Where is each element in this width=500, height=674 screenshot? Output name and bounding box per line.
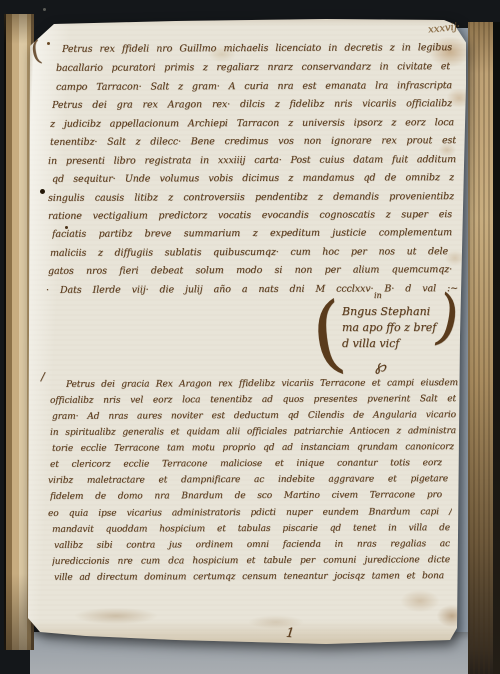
note-superscript: in [374,291,382,300]
text-line: gram· Ad nras aures noviter est deductum… [52,409,456,424]
dust-speck [43,8,46,11]
text-line: qd sequitur· Unde volumus vobis dicimus … [52,171,454,187]
note-flourish-icon: ℘ [374,355,389,376]
text-line: vallibz sibi contra jus ordinem omni fac… [54,538,450,553]
text-line: bacallario pcuratori primis z regaliarz … [56,60,450,76]
text-line: in spiritualibz generalis et quidam alii… [50,425,456,440]
text-line: officialibz nris vel eorz loca tenentibz… [50,393,456,408]
text-line: in presenti libro registrata in xxxiiij … [48,153,456,169]
text-line: ratione vectigalium predictorz vocatis e… [48,208,452,224]
text-line: mandavit quoddam hospicium et tabulas pi… [52,522,450,537]
margin-tick: / [41,370,45,383]
text-line: jurediccionis nre cum dca hospicium et t… [52,554,450,569]
manuscript-photo: xxxvij· ( / Petrus rex ffideli nro Guill… [0,0,500,674]
note-line: Bngus Stephani [342,304,430,319]
chancery-note: ( ) in Bngus Stephani ma apo ffo z bref … [316,298,466,390]
text-line: Petrus dei gra rex Aragon rex· dilcis z … [52,97,452,113]
flourish-dot [47,42,50,45]
text-line: tenentibz· Salt z dilecc· Bene credimus … [50,134,456,150]
text-line: Petrus dei gracia Rex Aragon rex ffideli… [66,377,458,392]
text-line: singulis causis litibz z controversiis p… [48,190,454,206]
text-line: · Dats Ilerde viij· die julij año a nats… [46,282,458,298]
text-line: campo Tarracon· Salt z gram· A curia nra… [56,79,452,95]
text-line: gatos nros fieri debeat solum modo si no… [48,263,452,279]
book-fore-edge [468,22,500,674]
text-line: ville ad directum dominum certumqz censu… [54,570,444,585]
margin-ink-dot [40,189,45,194]
quire-mark: 1 [285,626,295,642]
text-line: z judicibz appellacionum Archiepi Tarrac… [50,116,454,132]
text-line: faciatis partibz breve summarium z exped… [52,226,452,242]
text-line: maliciis z diffugiis sublatis quibuscumq… [50,245,448,261]
note-line: ma apo ffo z bref [342,320,436,335]
note-line: d villa vicf [342,336,399,351]
text-line: Petrus rex ffideli nro Guillmo michaelis… [62,41,452,57]
text-line: fidelem de domo nra Bnardum de sco Marti… [50,489,442,504]
text-line: viribz maletractare et dampnificare ac i… [48,473,448,488]
text-line: eo quia ipse vicarius administratoris pd… [48,506,452,521]
text-line: et clericorz ecclie Terracone maliciose … [50,457,442,472]
text-line: torie ecclie Terracone tam motu proprio … [52,441,454,456]
